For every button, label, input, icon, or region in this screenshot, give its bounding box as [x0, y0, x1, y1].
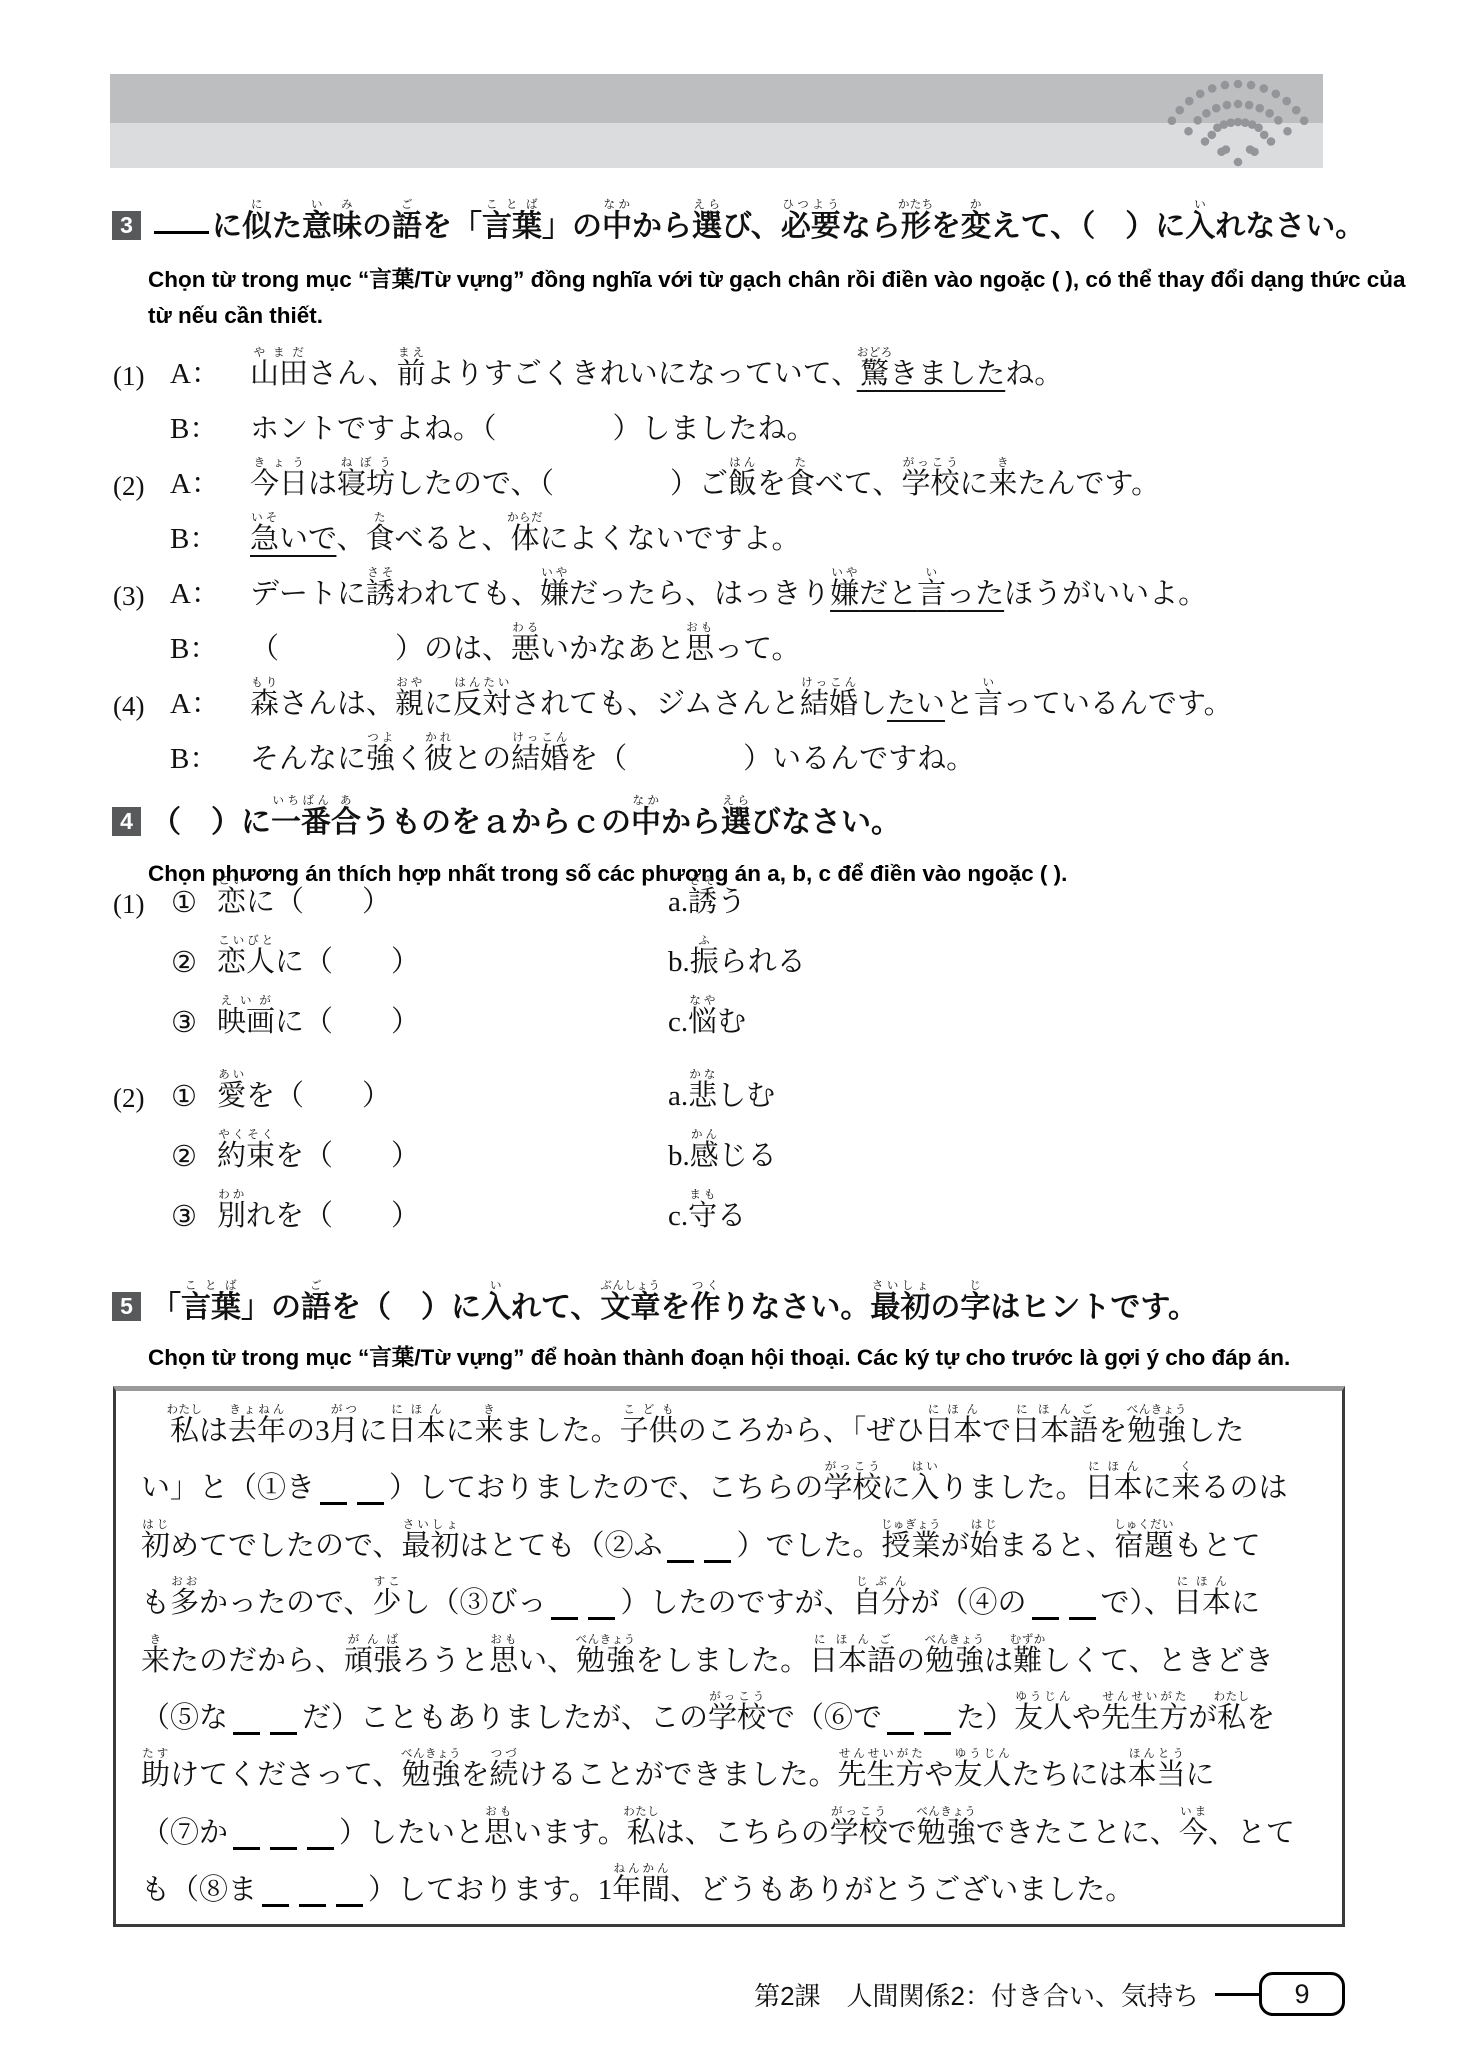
furigana: わる	[511, 622, 540, 634]
japanese-text: から	[632, 210, 692, 243]
answer-blank	[1069, 1614, 1096, 1620]
furigana: い	[1185, 199, 1215, 211]
answer-blank	[887, 1729, 914, 1735]
japanese-text: に	[212, 210, 242, 243]
answer-blank	[233, 1844, 260, 1850]
japanese-text: む	[717, 1006, 746, 1038]
japanese-text: ろうと	[402, 1645, 489, 1677]
japanese-text: 食た	[365, 523, 394, 555]
japanese-text: し（③びっ	[401, 1587, 546, 1619]
japanese-text: デートに	[250, 578, 366, 610]
furigana: さいしょ	[401, 1519, 459, 1531]
japanese-text	[141, 1415, 170, 1447]
furigana: いみ	[302, 199, 362, 211]
japanese-text: 意味いみ	[302, 210, 362, 243]
speaker-label: A：	[170, 681, 250, 722]
japanese-text: っているんです。	[1003, 688, 1233, 720]
header-band-dark	[110, 74, 1323, 123]
japanese-text: 助たす	[141, 1759, 170, 1791]
japanese-text: 勉強べんきょう	[925, 1645, 984, 1677]
japanese-text: 語ご	[392, 210, 422, 243]
japanese-text: いかなあと	[540, 633, 685, 665]
japanese-text: 愛あい	[217, 1080, 246, 1112]
underlined-text: たい	[887, 688, 945, 720]
japanese-text: 誘さそ	[366, 578, 395, 610]
japanese-text: る	[717, 1200, 746, 1232]
furigana: こども	[620, 1404, 678, 1416]
passage-line-4: も多おおかったので、少すこし（③びっ）したのですが、自分じぶんが（④ので）、日本…	[141, 1575, 1332, 1632]
japanese-text: かったので、	[199, 1587, 372, 1619]
japanese-text: じる	[719, 1140, 777, 1172]
circled-number: ②	[171, 945, 217, 980]
exercise3-item-3-line-a: (3)A：デートに誘さそわれても、嫌いやだったら、はっきり嫌いやだと言いったほう…	[113, 557, 1233, 612]
japanese-text: から	[661, 806, 721, 839]
japanese-text: で	[888, 1817, 917, 1849]
japanese-text: に（ ）	[246, 886, 391, 918]
japanese-text: に	[1143, 1472, 1172, 1504]
furigana: つよ	[366, 732, 395, 744]
furigana: しゅくだい	[1114, 1519, 1174, 1531]
japanese-text: 去年きょねん	[228, 1415, 286, 1447]
japanese-text: 入い	[481, 1291, 511, 1324]
japanese-text: 恋こい	[217, 886, 246, 918]
japanese-text: 作つく	[690, 1291, 720, 1324]
japanese-text: で）、	[1101, 1587, 1174, 1619]
japanese-text: 日本語にほんご	[1011, 1415, 1098, 1447]
japanese-text: との	[453, 743, 511, 775]
exercise5-passage-box: 私わたしは去年きょねんの3月がつに日本にほんに来きました。子供こどものころから、…	[113, 1386, 1345, 1927]
japanese-text: 友人ゆうじん	[954, 1759, 1012, 1791]
japanese-text: 言葉ことば	[482, 210, 542, 243]
furigana: がんば	[344, 1634, 402, 1646]
japanese-text: （⑦か	[141, 1817, 228, 1849]
furigana: ゆうじん	[1014, 1691, 1072, 1703]
japanese-text: 、どうもありがとうございました。	[670, 1874, 1134, 1906]
japanese-text: 日本にほん	[388, 1415, 446, 1447]
furigana: たす	[141, 1748, 170, 1760]
furigana: はじ	[141, 1519, 170, 1531]
furigana: おどろ	[857, 347, 893, 359]
furigana: きょう	[250, 457, 308, 469]
option-letter: c.	[668, 1006, 688, 1038]
furigana: いちばん	[271, 795, 331, 807]
japanese-text: った	[946, 578, 1004, 610]
option-cell: a.悲かなしむ	[668, 1069, 775, 1114]
japanese-text: 誘さそ	[688, 886, 717, 918]
answer-blank	[357, 1499, 384, 1505]
furigana: いや	[540, 567, 569, 579]
japanese-text: 文章ぶんしょう	[600, 1291, 660, 1324]
japanese-text: たんです。	[1017, 468, 1160, 500]
exercise5-instruction-vietnamese: Chọn từ trong mục “言葉/Từ vựng” để hoàn t…	[148, 1340, 1406, 1376]
footer-rule	[1215, 1993, 1259, 1996]
exercise3-number-badge: 3	[112, 211, 141, 240]
page-number-box: 9	[1259, 1972, 1345, 2016]
chapter-title: 第2課 人間関係2：付き合い、気持ち	[754, 1976, 1199, 2013]
japanese-text: 驚おどろ	[860, 358, 889, 390]
furigana: わたし	[1214, 1691, 1250, 1703]
furigana: なか	[602, 199, 632, 211]
japanese-text: に	[959, 468, 988, 500]
japanese-text: なら	[841, 210, 901, 243]
japanese-text: 悪わる	[511, 633, 540, 665]
japanese-text: えて、（ ）に	[991, 210, 1185, 243]
furigana: ゆうじん	[954, 1748, 1012, 1760]
exercise3-heading: 3 に似にた意味いみの語ごを「言葉ことば」の中なかから選えらび、必要ひつようなら…	[112, 200, 1365, 242]
japanese-text: ね。	[1005, 358, 1063, 390]
japanese-text: 食た	[786, 468, 815, 500]
japanese-text: 感かん	[690, 1140, 719, 1172]
speaker-label: A：	[170, 571, 250, 612]
japanese-text: 、	[336, 523, 365, 555]
item-number: (2)	[113, 1083, 171, 1114]
japanese-text: べて、	[815, 468, 901, 500]
furigana: にほん	[1085, 1461, 1143, 1473]
furigana: いま	[1179, 1806, 1208, 1818]
furigana: ねぼう	[337, 457, 395, 469]
furigana: ぶんしょう	[600, 1280, 660, 1292]
furigana: まも	[688, 1189, 717, 1201]
dialogue-text: 山田やまださん、前まえよりすごくきれいになっていて、驚おどろきましたね。	[250, 347, 1063, 392]
furigana: き	[141, 1634, 170, 1646]
furigana: もり	[250, 677, 279, 689]
furigana: かん	[690, 1129, 719, 1141]
underlined-text: った	[946, 578, 1004, 610]
japanese-text: 「	[151, 1291, 181, 1324]
japanese-text: だったら、はっきり	[569, 578, 830, 610]
japanese-text: いで	[279, 523, 336, 555]
japanese-text: のころから、「ぜひ	[678, 1415, 925, 1447]
japanese-text: 結婚けっこん	[511, 743, 569, 775]
exercise4-group-1-row-2: ②恋人こいびとに（ ）b.振ふられる	[113, 920, 806, 980]
furigana: い	[974, 677, 1003, 689]
japanese-text: 先生方せんせいがた	[1101, 1702, 1188, 1734]
japanese-text: 難むずか	[1013, 1645, 1042, 1677]
japanese-text: われても、	[395, 578, 540, 610]
japanese-text: した	[1186, 1415, 1244, 1447]
japanese-text: 語ご	[301, 1291, 331, 1324]
japanese-text: 私わたし	[1217, 1702, 1246, 1734]
option-letter: b.	[668, 1140, 690, 1172]
furigana: えら	[721, 795, 751, 807]
dialogue-text: （ ）のは、悪わるいかなあと思おもって。	[250, 622, 800, 667]
furigana: なや	[688, 995, 717, 1007]
circled-number: ①	[171, 1079, 217, 1114]
furigana: こいびと	[217, 935, 275, 947]
exercise4-group-2-row-1: (2)①愛あいを（ ）a.悲かなしむ	[113, 1054, 806, 1114]
exercise4-title: （ ）に一番いちばん合あうものをａからｃの中なかから選えらびなさい。	[151, 795, 901, 839]
japanese-text: 悩なや	[688, 1006, 717, 1038]
japanese-text: しむ	[717, 1080, 775, 1112]
japanese-text: によくないですよ。	[540, 523, 801, 555]
japanese-text: を（ ）	[246, 1080, 391, 1112]
item-number: (4)	[113, 691, 170, 722]
furigana: にほん	[924, 1404, 982, 1416]
furigana: いそ	[250, 512, 279, 524]
furigana: じ	[960, 1280, 990, 1292]
furigana: かれ	[424, 732, 453, 744]
japanese-text: を	[660, 1291, 690, 1324]
japanese-text: に	[359, 1415, 388, 1447]
japanese-text: 今日きょう	[250, 468, 308, 500]
exercise3-item-3-line-b: B：（ ）のは、悪わるいかなあと思おもって。	[113, 612, 1233, 667]
japanese-text: ）しておりましたので、こちらの	[389, 1472, 823, 1504]
japanese-text: べると、	[394, 523, 510, 555]
japanese-text: 悲かな	[688, 1080, 717, 1112]
japanese-text: しくて、ときどき	[1042, 1645, 1273, 1677]
answer-blank	[233, 1729, 260, 1735]
furigana: えいが	[217, 995, 275, 1007]
japanese-text: に	[881, 1472, 910, 1504]
answer-blank	[1032, 1614, 1059, 1620]
question-phrase: 愛あいを（ ）	[217, 1069, 668, 1114]
japanese-text: 飯はん	[728, 468, 757, 500]
japanese-text: 強つよ	[366, 743, 395, 775]
furigana: い	[481, 1280, 511, 1292]
japanese-text: きました	[889, 358, 1005, 390]
furigana: き	[988, 457, 1017, 469]
japanese-text: はヒントです。	[990, 1291, 1198, 1324]
furigana: わたし	[167, 1404, 203, 1416]
furigana: いや	[830, 567, 859, 579]
dialogue-text: 急いそいで、食たべると、体からだによくないですよ。	[250, 512, 801, 557]
fan-dots-decoration	[1156, 74, 1320, 170]
exercise3-instruction-vietnamese: Chọn từ trong mục “言葉/Từ vựng” đồng nghĩ…	[148, 262, 1406, 334]
japanese-text: が	[941, 1530, 970, 1562]
japanese-text: の	[930, 1291, 960, 1324]
exercise3-title: に似にた意味いみの語ごを「言葉ことば」の中なかから選えらび、必要ひつようなら形か…	[151, 199, 1365, 243]
furigana: けっこん	[511, 732, 569, 744]
japanese-text: を	[1098, 1415, 1127, 1447]
japanese-text: 学校がっこう	[823, 1472, 881, 1504]
exercise3-item-1-line-b: B：ホントですよね。（ ）しましたね。	[113, 392, 1233, 447]
japanese-text: けてくださって、	[170, 1759, 401, 1791]
japanese-text: さん、	[308, 358, 397, 390]
japanese-text: 学校がっこう	[901, 468, 959, 500]
furigana: た	[786, 457, 815, 469]
speaker-label: B：	[170, 516, 250, 557]
furigana: た	[365, 512, 394, 524]
japanese-text: 日本にほん	[1085, 1472, 1143, 1504]
japanese-text: 学校がっこう	[830, 1817, 888, 1849]
japanese-text: と	[945, 688, 974, 720]
japanese-text: 約束やくそく	[217, 1140, 275, 1172]
answer-blank	[262, 1901, 289, 1907]
japanese-text: 勉強べんきょう	[576, 1645, 635, 1677]
furigana: い	[917, 567, 946, 579]
exercise4-number-badge: 4	[112, 807, 141, 836]
japanese-text: れて、	[511, 1291, 600, 1324]
japanese-text: 選えら	[721, 806, 751, 839]
furigana: さいしょ	[870, 1280, 930, 1292]
exercise3-item-2-line-b: B：急いそいで、食たべると、体からだによくないですよ。	[113, 502, 1233, 557]
furigana: やまだ	[250, 347, 308, 359]
furigana: こい	[217, 875, 246, 887]
japanese-text: 年間ねんかん	[612, 1874, 670, 1906]
exercise3-dialogue-list: (1)A：山田やまださん、前まえよりすごくきれいになっていて、驚おどろきましたね…	[113, 337, 1233, 777]
japanese-text: 別わか	[217, 1200, 246, 1232]
furigana: わか	[217, 1189, 246, 1201]
furigana: にほん	[388, 1404, 446, 1416]
japanese-text: く	[395, 743, 424, 775]
furigana: ことば	[482, 199, 542, 211]
page-footer: 第2課 人間関係2：付き合い、気持ち 9	[113, 1970, 1345, 2018]
option-cell: b.振ふられる	[668, 935, 806, 980]
furigana: がっこう	[823, 1461, 881, 1473]
japanese-text: 多おお	[170, 1587, 199, 1619]
japanese-text: で（⑥で	[766, 1702, 882, 1734]
exercise4-heading: 4 （ ）に一番いちばん合あうものをａからｃの中なかから選えらびなさい。	[112, 796, 901, 838]
furigana: にほんご	[1011, 1404, 1098, 1416]
japanese-text: 選えら	[692, 210, 722, 243]
underlined-text: だと	[859, 578, 917, 610]
option-letter: a.	[668, 886, 688, 918]
japanese-text: い」と（①き	[141, 1472, 315, 1504]
exercise3-item-1-line-a: (1)A：山田やまださん、前まえよりすごくきれいになっていて、驚おどろきましたね…	[113, 337, 1233, 392]
answer-blank	[270, 1729, 297, 1735]
japanese-text: 頑張がんば	[344, 1645, 402, 1677]
japanese-text: 私わたし	[627, 1817, 656, 1849]
japanese-text: したので、（ ）ご	[395, 468, 728, 500]
answer-blank	[924, 1729, 951, 1735]
furigana: がっこう	[901, 457, 959, 469]
japanese-text: 自分じぶん	[853, 1587, 911, 1619]
option-letter: b.	[668, 946, 690, 978]
japanese-text: 一番いちばん	[271, 806, 331, 839]
exercise4-group-2-row-2: ②約束やくそくを（ ）b.感かんじる	[113, 1114, 806, 1174]
japanese-text: います。	[513, 1817, 627, 1849]
furigana: けっこん	[800, 677, 858, 689]
japanese-text: 友人ゆうじん	[1014, 1702, 1072, 1734]
japanese-text: そんなに	[250, 743, 366, 775]
header-band-light	[110, 123, 1323, 168]
furigana: がっこう	[830, 1806, 888, 1818]
japanese-text: 来き	[475, 1415, 504, 1447]
answer-blank	[551, 1614, 578, 1620]
japanese-text: 反対はんたい	[453, 688, 511, 720]
japanese-text: たちには	[1012, 1759, 1128, 1791]
furigana: ふ	[690, 935, 719, 947]
option-cell: c.悩なやむ	[668, 995, 746, 1040]
furigana: わたし	[623, 1806, 659, 1818]
japanese-text: りました。	[939, 1472, 1084, 1504]
japanese-text: もとて	[1174, 1530, 1261, 1562]
exercise5-title: 「言葉ことば」の語ごを（ ）に入いれて、文章ぶんしょうを作つくりなさい。最初さい…	[151, 1280, 1198, 1324]
question-phrase: 恋こいに（ ）	[217, 875, 668, 920]
japanese-text: 」の	[542, 210, 602, 243]
japanese-text: 振ふ	[690, 946, 719, 978]
underlined-text: 驚おどろ	[860, 358, 889, 390]
japanese-text: は	[199, 1415, 228, 1447]
japanese-text: に	[424, 688, 453, 720]
japanese-text: や	[925, 1759, 954, 1791]
japanese-text: 似に	[242, 210, 272, 243]
furigana: むずか	[1010, 1634, 1046, 1646]
japanese-text: う	[717, 886, 746, 918]
furigana: まえ	[397, 347, 426, 359]
japanese-text: 急いそ	[250, 523, 279, 555]
furigana: おお	[170, 1576, 199, 1588]
underlined-text: きました	[889, 358, 1005, 390]
furigana: ご	[301, 1280, 331, 1292]
furigana: に	[242, 199, 272, 211]
dialogue-text: ホントですよね。（ ）しましたね。	[250, 406, 816, 447]
passage-line-7: 助たすけてくださって、勉強べんきょうを続つづけることができました。先生方せんせい…	[141, 1747, 1332, 1804]
japanese-text: だと	[859, 578, 917, 610]
japanese-text: 日本にほん	[1173, 1587, 1231, 1619]
japanese-text: 思おも	[685, 633, 714, 665]
japanese-text: 嫌いや	[540, 578, 569, 610]
japanese-text: れを（ ）	[246, 1200, 420, 1232]
speaker-label: A：	[170, 351, 250, 392]
furigana: がっこう	[708, 1691, 766, 1703]
japanese-text: は、こちらの	[656, 1817, 830, 1849]
japanese-text: に（ ）	[275, 946, 420, 978]
japanese-text: に	[446, 1415, 475, 1447]
japanese-text: 始はじ	[970, 1530, 999, 1562]
japanese-text: 体からだ	[510, 523, 539, 555]
speaker-label: A：	[170, 461, 250, 502]
japanese-text: 結婚けっこん	[800, 688, 858, 720]
japanese-text: を	[931, 210, 961, 243]
japanese-text: 合あ	[331, 806, 361, 839]
textbook-page: 3 に似にた意味いみの語ごを「言葉ことば」の中なかから選えらび、必要ひつようなら…	[0, 0, 1457, 2071]
passage-line-6: （⑤なだ）こともありましたが、この学校がっこうで（⑥でた）友人ゆうじんや先生方せ…	[141, 1690, 1332, 1747]
furigana: えら	[692, 199, 722, 211]
underlined-text: 嫌いや	[830, 578, 859, 610]
passage-line-9: も（⑧ま）しております。1年間ねんかん、どうもありがとうございました。	[141, 1862, 1332, 1919]
japanese-text: 形かたち	[901, 210, 931, 243]
japanese-text: び、	[722, 210, 781, 243]
furigana: べんきょう	[576, 1634, 636, 1646]
furigana: せんせいがた	[1101, 1691, 1188, 1703]
furigana: べんきょう	[401, 1748, 461, 1760]
japanese-text: 初はじ	[141, 1530, 170, 1562]
japanese-text: 嫌いや	[830, 578, 859, 610]
japanese-text: 授業じゅぎょう	[881, 1530, 940, 1562]
question-phrase: 恋人こいびとに（ ）	[217, 935, 668, 980]
japanese-text: 子供こども	[620, 1415, 678, 1447]
option-cell: a.誘さそう	[668, 875, 746, 920]
passage-line-8: （⑦か）したいと思おもいます。私わたしは、こちらの学校がっこうで勉強べんきょうで…	[141, 1805, 1332, 1862]
japanese-text: 来き	[141, 1645, 170, 1677]
exercise5-heading: 5 「言葉ことば」の語ごを（ ）に入いれて、文章ぶんしょうを作つくりなさい。最初…	[112, 1281, 1198, 1323]
exercise3-item-2-line-a: (2)A：今日きょうは寝坊ねぼうしたので、（ ）ご飯はんを食たべて、学校がっこう…	[113, 447, 1233, 502]
japanese-text: 来き	[988, 468, 1017, 500]
japanese-text: 続つづ	[489, 1759, 518, 1791]
furigana: じぶん	[853, 1576, 911, 1588]
japanese-text: 本当ほんとう	[1128, 1759, 1186, 1791]
furigana: おも	[484, 1806, 513, 1818]
japanese-text: 勉強べんきょう	[401, 1759, 460, 1791]
japanese-text: 入はい	[910, 1472, 939, 1504]
speaker-label: B：	[170, 406, 250, 447]
answer-blank	[336, 1901, 363, 1907]
japanese-text: や	[1072, 1702, 1101, 1734]
circled-number: ①	[171, 885, 217, 920]
passage-line-2: い」と（①き）しておりましたので、こちらの学校がっこうに入はいりました。日本にほ…	[141, 1460, 1332, 1517]
japanese-text: が（④の	[911, 1587, 1027, 1619]
underlined-text: 言い	[917, 578, 946, 610]
furigana: なか	[631, 795, 661, 807]
circled-number: ③	[171, 1005, 217, 1040]
furigana: ことば	[181, 1280, 241, 1292]
japanese-text: 私わたし	[170, 1415, 199, 1447]
japanese-text: 言葉ことば	[181, 1291, 241, 1324]
exercise3-item-4-line-b: B：そんなに強つよく彼かれとの結婚けっこんを（ ）いるんですね。	[113, 722, 1233, 777]
circled-number: ②	[171, 1139, 217, 1174]
furigana: かたち	[898, 199, 934, 211]
